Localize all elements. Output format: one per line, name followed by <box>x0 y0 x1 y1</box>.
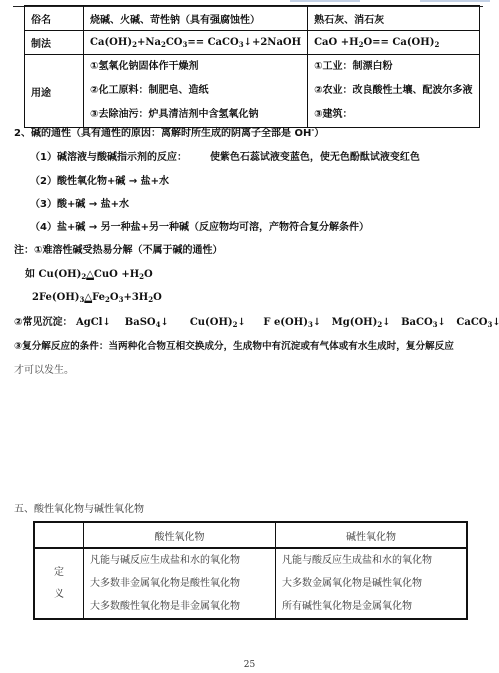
note-3-continued: 才可以发生。 <box>14 365 74 377</box>
caoh2-preparation: CaO +H2O== Ca(OH)2 <box>308 31 479 55</box>
use-item: ②化工原料：制肥皂、造纸 <box>90 79 301 103</box>
caoh2-common-name: 熟石灰、消石灰 <box>308 6 479 31</box>
definition-line: 凡能与酸反应生成盐和水的氧化物 <box>282 549 460 572</box>
note-1: 注：①难溶性碱受热易分解（不属于碱的通性） <box>14 245 222 257</box>
definition-line: 凡能与碱反应生成盐和水的氧化物 <box>90 549 269 572</box>
header-acidic: 酸性氧化物 <box>84 522 276 548</box>
definition-line: 大多数非金属氧化物是酸性氧化物 <box>90 572 269 595</box>
property-item-4: （4）盐+碱 → 另一种盐+另一种碱（反应物均可溶，产物符合复分解条件） <box>30 222 369 234</box>
oxides-table: 酸性氧化物 碱性氧化物 定 义 凡能与碱反应生成盐和水的氧化物 大多数非金属氧化… <box>33 521 468 620</box>
precipitate: BaCO3↓ <box>401 317 446 328</box>
property-item-3: （3）酸+碱 → 盐+水 <box>30 199 129 211</box>
definition-line: 大多数酸性氧化物是非金属氧化物 <box>90 595 269 618</box>
naoh-common-name: 烧碱、火碱、苛性钠（具有强腐蚀性） <box>84 6 308 31</box>
note-2: ②常见沉淀： AgCl↓ BaSO4↓ Cu(OH)2↓ F e(OH)3↓ M… <box>14 317 499 329</box>
section-5-heading: 五、酸性氧化物与碱性氧化物 <box>14 504 144 516</box>
section-heading: 2、碱的通性（具有通性的原因：离解时所生成的阴离子全部是 OH-） <box>14 128 324 140</box>
naoh-preparation: Ca(OH)2+Na2CO3== CaCO3↓+2NaOH <box>84 31 308 55</box>
page-number: 25 <box>0 660 499 670</box>
label-char: 定 <box>41 562 77 584</box>
precipitate: BaSO4↓ <box>125 317 169 328</box>
use-item: ①氢氧化钠固体作干燥剂 <box>90 55 301 79</box>
precipitate: F e(OH)3↓ <box>263 317 321 328</box>
precipitate: Cu(OH)2↓ <box>190 317 246 328</box>
table-row-definition: 定 义 凡能与碱反应生成盐和水的氧化物 大多数非金属氧化物是酸性氧化物 大多数酸… <box>34 548 467 619</box>
item-text: 使紫色石蕊试液变蓝色，使无色酚酞试液变红色 <box>210 152 420 163</box>
naoh-uses: ①氢氧化钠固体作干燥剂 ②化工原料：制肥皂、造纸 ③去除油污：炉具清洁剂中含氢氧… <box>84 55 308 128</box>
header-blank <box>34 522 84 548</box>
note-3: ③复分解反应的条件：当两种化合物互相交换成分，生成物中有沉淀或有气体或有水生成时… <box>14 341 454 353</box>
row-label: 用途 <box>25 55 84 128</box>
table-row-preparation: 制法 Ca(OH)2+Na2CO3== CaCO3↓+2NaOH CaO +H2… <box>25 31 480 55</box>
label-char: 义 <box>41 584 77 606</box>
table-row-common-name: 俗名 烧碱、火碱、苛性钠（具有强腐蚀性） 熟石灰、消石灰 <box>25 6 480 31</box>
equation-cu: 如 Cu(OH)2△CuO +H2O <box>25 269 153 281</box>
precipitate: CaCO3↓ <box>456 317 499 328</box>
item-label: （1）碱溶液与酸碱指示剂的反应： <box>30 152 187 163</box>
acidic-definitions: 凡能与碱反应生成盐和水的氧化物 大多数非金属氧化物是酸性氧化物 大多数酸性氧化物… <box>84 548 276 619</box>
header-mark <box>290 0 360 2</box>
base-properties-table: 俗名 烧碱、火碱、苛性钠（具有强腐蚀性） 熟石灰、消石灰 制法 Ca(OH)2+… <box>24 5 480 128</box>
row-label: 俗名 <box>25 6 84 31</box>
definition-line: 所有碱性氧化物是金属氧化物 <box>282 595 460 618</box>
use-item: ②农业：改良酸性土壤、配波尔多液 <box>314 79 472 103</box>
row-label-definition: 定 义 <box>34 548 84 619</box>
caoh2-uses: ①工业：制漂白粉 ②农业：改良酸性土壤、配波尔多液 ③建筑： <box>308 55 479 128</box>
property-item-1: （1）碱溶液与酸碱指示剂的反应： 使紫色石蕊试液变蓝色，使无色酚酞试液变红色 <box>30 152 420 164</box>
use-item: ③去除油污：炉具清洁剂中含氢氧化钠 <box>90 103 301 127</box>
row-label: 制法 <box>25 31 84 55</box>
use-item: ③建筑： <box>314 103 472 127</box>
use-item: ①工业：制漂白粉 <box>314 55 472 79</box>
property-item-2: （2）酸性氧化物+碱 → 盐+水 <box>30 176 169 188</box>
header-mark <box>420 0 490 2</box>
basic-definitions: 凡能与酸反应生成盐和水的氧化物 大多数金属氧化物是碱性氧化物 所有碱性氧化物是金… <box>276 548 468 619</box>
equation-fe: 2Fe(OH)3△Fe2O3+3H2O <box>32 292 162 304</box>
precipitate: AgCl↓ <box>76 317 111 328</box>
table-header-row: 酸性氧化物 碱性氧化物 <box>34 522 467 548</box>
header-basic: 碱性氧化物 <box>276 522 468 548</box>
note-label: ②常见沉淀： <box>14 317 72 328</box>
definition-line: 大多数金属氧化物是碱性氧化物 <box>282 572 460 595</box>
table-row-uses: 用途 ①氢氧化钠固体作干燥剂 ②化工原料：制肥皂、造纸 ③去除油污：炉具清洁剂中… <box>25 55 480 128</box>
precipitate: Mg(OH)2↓ <box>332 317 391 328</box>
